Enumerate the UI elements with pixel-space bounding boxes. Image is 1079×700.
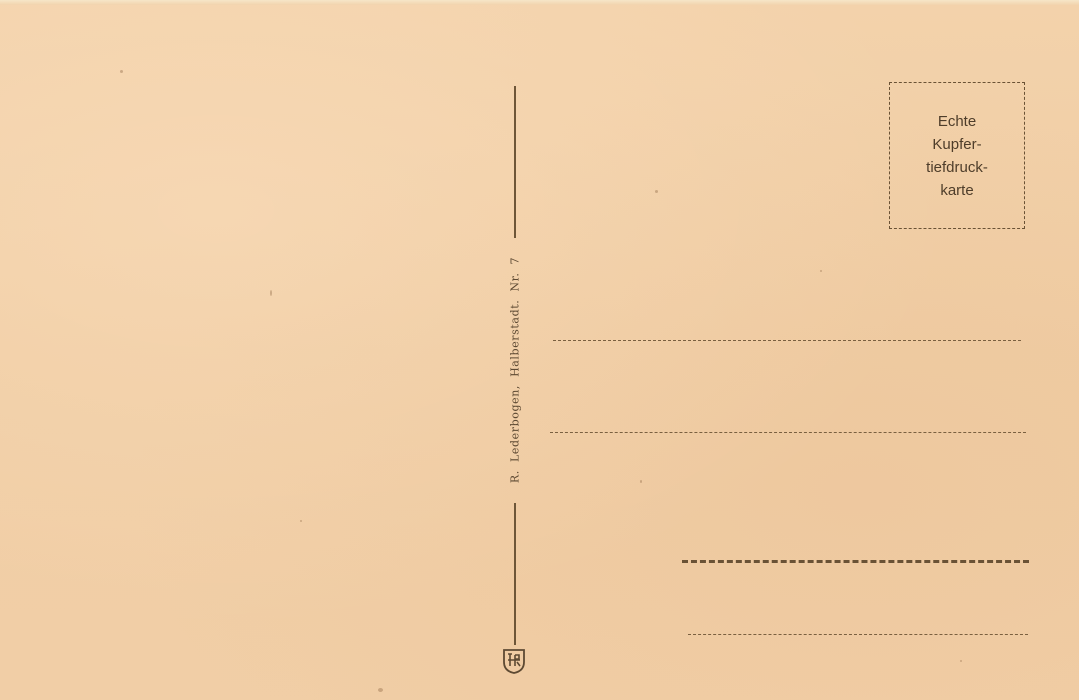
address-line-1 — [553, 340, 1021, 341]
postcard-back: R. Lederbogen, Halberstadt. Nr. 7 Echte … — [0, 0, 1079, 700]
paper-speck — [655, 190, 658, 193]
publisher-imprint: R. Lederbogen, Halberstadt. Nr. 7 — [509, 257, 522, 483]
paper-speck — [640, 480, 642, 483]
address-line-4 — [688, 634, 1028, 635]
paper-speck — [960, 660, 962, 662]
paper-speck — [120, 70, 123, 73]
stamp-box-line: Kupfer- — [932, 133, 981, 156]
paper-speck — [820, 270, 822, 272]
address-line-3 — [682, 560, 1029, 563]
paper-speck — [378, 688, 383, 692]
center-divider-lower — [514, 503, 516, 645]
address-line-2 — [550, 432, 1026, 433]
stamp-box: Echte Kupfer- tiefdruck- karte — [889, 82, 1025, 229]
paper-speck — [270, 290, 272, 296]
paper-speck — [300, 520, 302, 522]
center-divider-upper — [514, 86, 516, 238]
worn-top-edge — [0, 0, 1079, 5]
stamp-box-line: tiefdruck- — [926, 156, 988, 179]
shield-monogram-icon — [501, 646, 527, 674]
stamp-box-line: karte — [940, 179, 973, 202]
stamp-box-line: Echte — [938, 110, 976, 133]
